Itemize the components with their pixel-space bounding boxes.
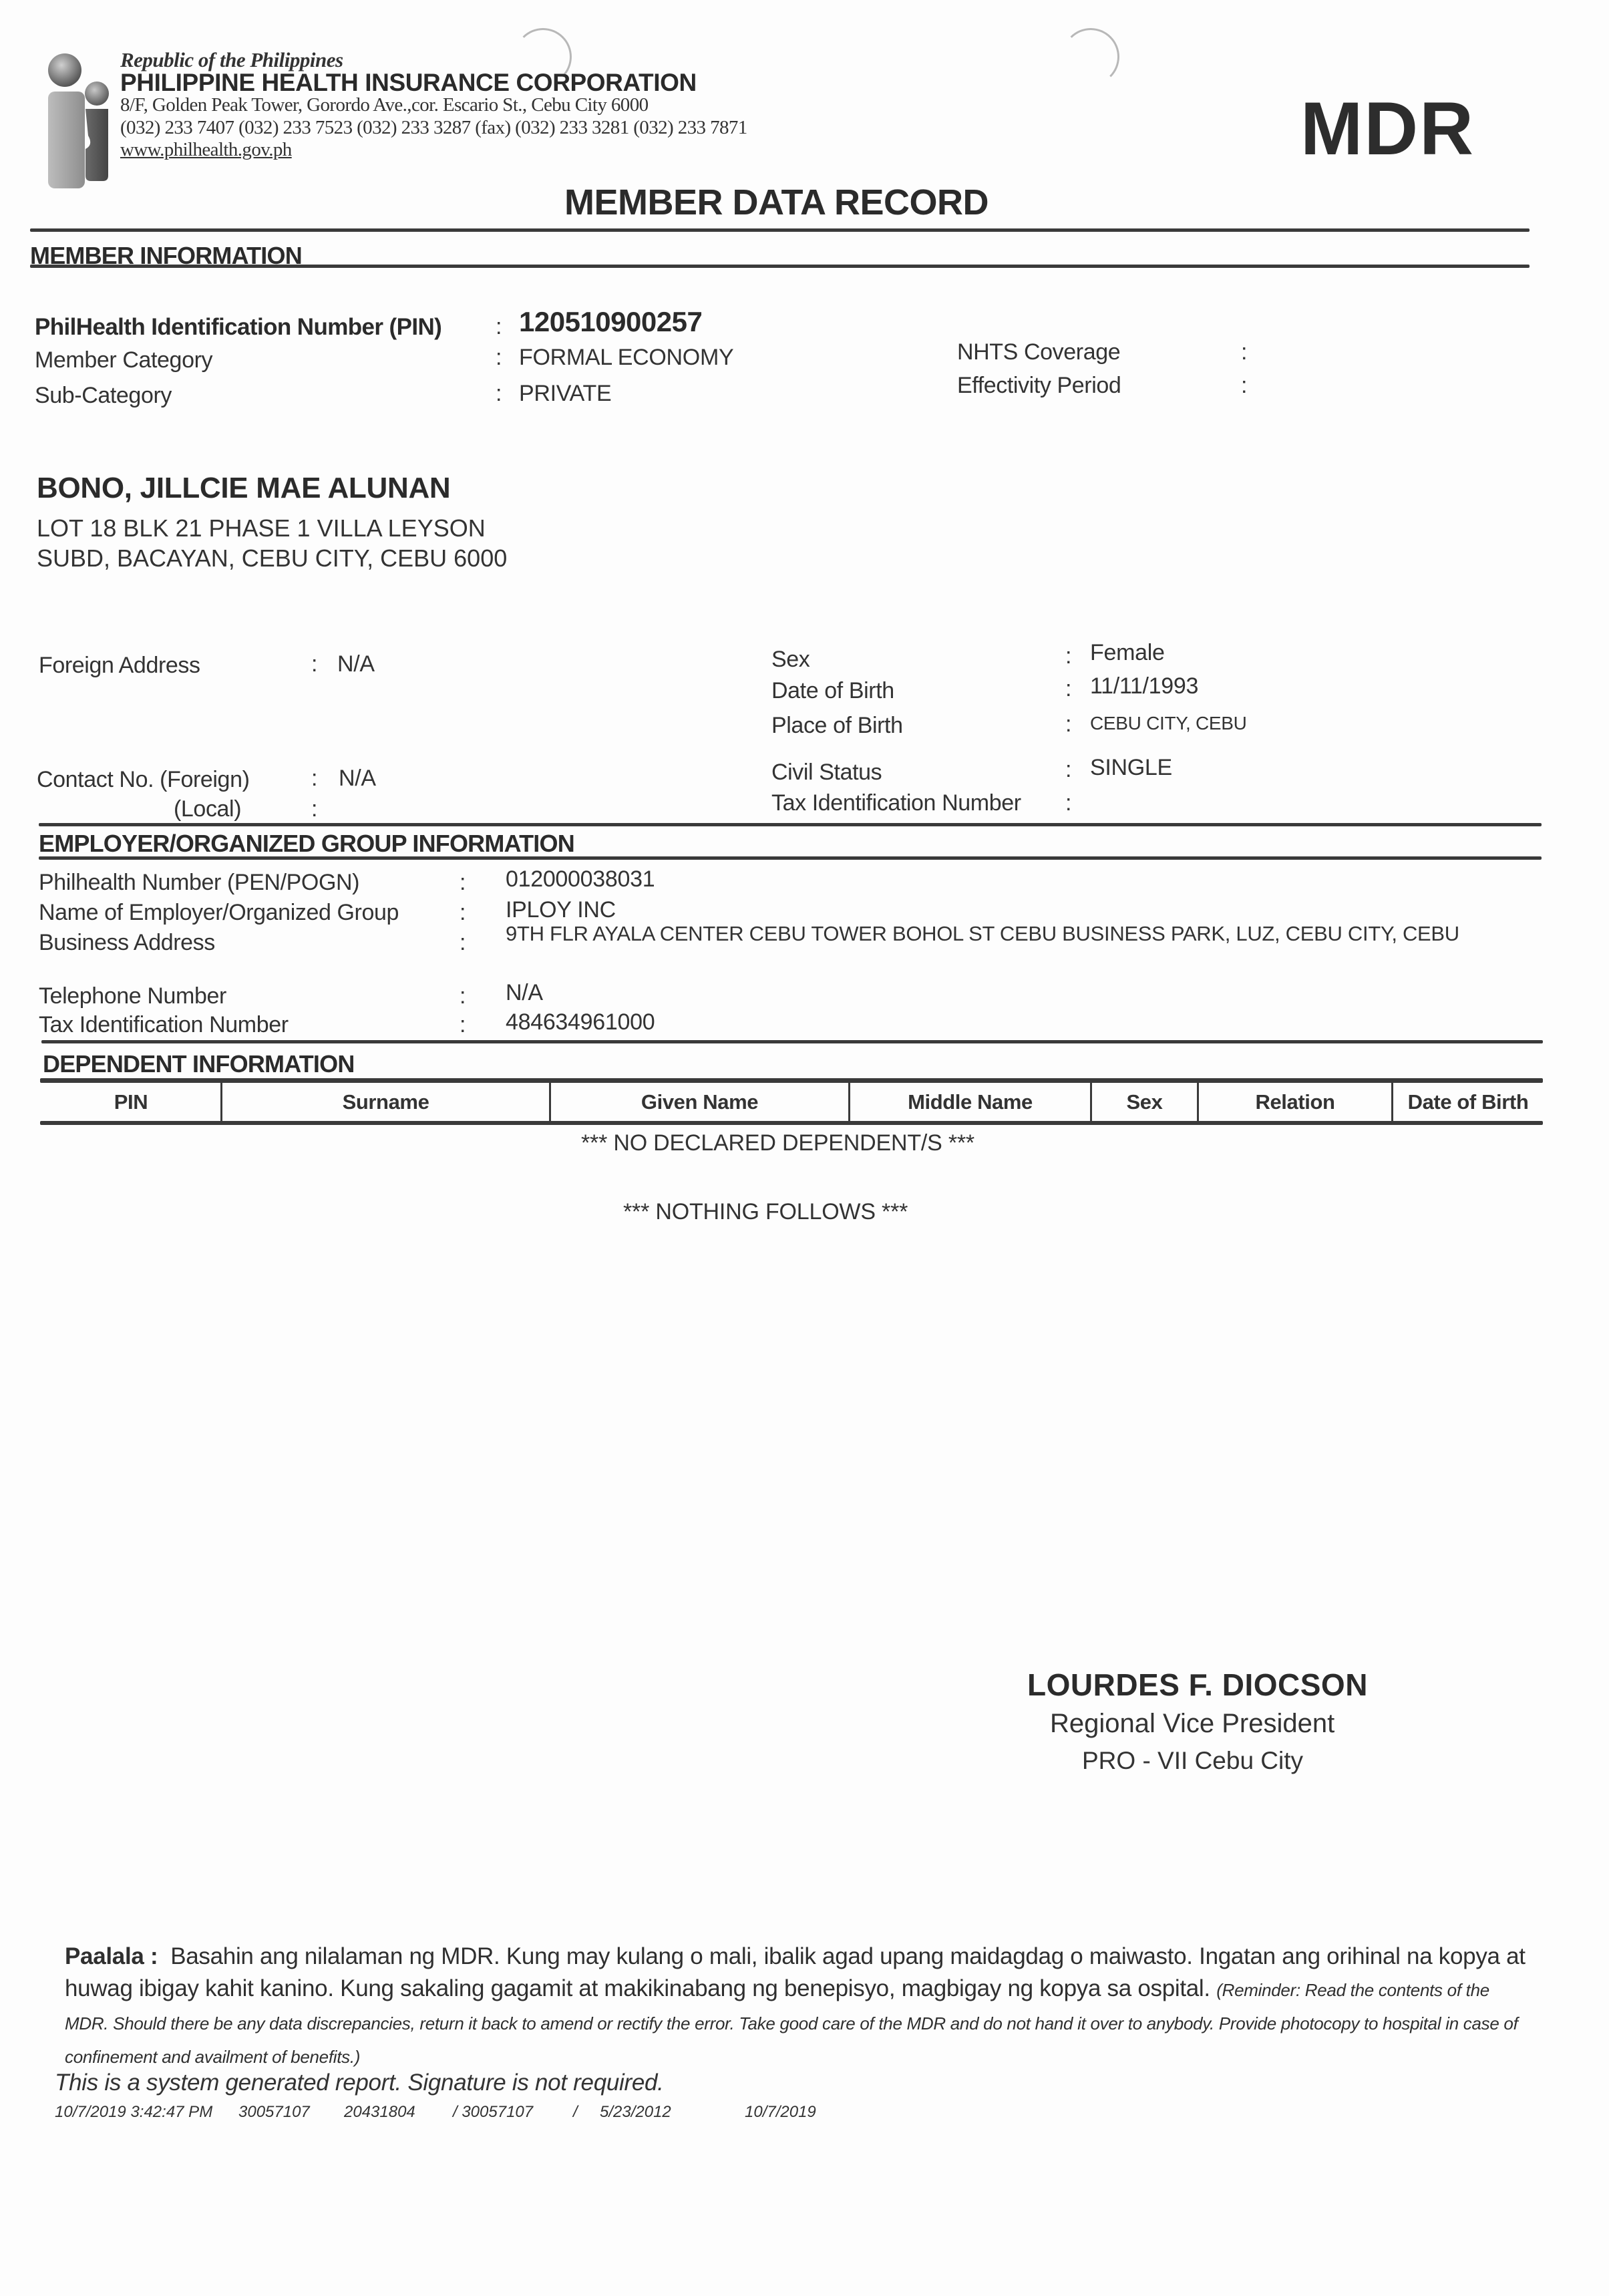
column-divider [1391, 1082, 1393, 1121]
colon: : [460, 1012, 466, 1038]
member-category-value: FORMAL ECONOMY [519, 345, 733, 371]
divider [30, 265, 1530, 268]
business-address-value: 9TH FLR AYALA CENTER CEBU TOWER BOHOL ST… [506, 922, 1459, 946]
pin-value: 120510900257 [519, 306, 702, 338]
colon: : [496, 314, 502, 340]
member-address-line1: LOT 18 BLK 21 PHASE 1 VILLA LEYSON [37, 514, 486, 542]
member-category-label: Member Category [35, 347, 212, 373]
colon: : [1065, 757, 1071, 783]
sub-category-label: Sub-Category [35, 383, 172, 409]
column-header-given-name: Given Name [551, 1090, 848, 1114]
colon: : [1065, 643, 1071, 669]
table-bottom-rule [40, 1121, 1543, 1125]
colon: : [460, 983, 466, 1009]
column-header-date-of-birth: Date of Birth [1393, 1090, 1543, 1114]
signatory-office: PRO - VII Cebu City [1082, 1747, 1303, 1775]
date-of-birth-label: Date of Birth [771, 678, 894, 704]
sex-value: Female [1090, 640, 1165, 666]
company-address: 8/F, Golden Peak Tower, Gorordo Ave.,cor… [120, 94, 649, 116]
colon: : [496, 345, 502, 371]
pin-label: PhilHealth Identification Number (PIN) [35, 314, 441, 341]
column-header-relation: Relation [1199, 1090, 1391, 1114]
company-phones: (032) 233 7407 (032) 233 7523 (032) 233 … [120, 117, 747, 139]
table-top-rule [40, 1078, 1543, 1083]
page-title: MEMBER DATA RECORD [564, 182, 989, 223]
employer-name-value: IPLOY INC [506, 897, 616, 923]
company-website-link[interactable]: www.philhealth.gov.ph [120, 139, 292, 161]
colon: : [1065, 676, 1071, 702]
telephone-value: N/A [506, 980, 543, 1006]
section-heading-dependents: DEPENDENT INFORMATION [43, 1050, 355, 1078]
place-of-birth-value: CEBU CITY, CEBU [1090, 713, 1247, 734]
employer-tin-label: Tax Identification Number [39, 1012, 289, 1038]
effectivity-period-label: Effectivity Period [957, 373, 1121, 399]
contact-local-label: (Local) [174, 796, 241, 822]
column-divider [1197, 1082, 1199, 1121]
colon: : [496, 381, 502, 407]
employer-philhealth-number-value: 012000038031 [506, 866, 655, 892]
sex-label: Sex [771, 647, 810, 673]
signatory-name: LOURDES F. DIOCSON [1027, 1667, 1368, 1703]
column-header-pin: PIN [41, 1090, 220, 1114]
divider [41, 1040, 1543, 1043]
telephone-label: Telephone Number [39, 983, 226, 1009]
colon: : [311, 766, 317, 792]
employer-name-label: Name of Employer/Organized Group [39, 900, 399, 926]
footer-separator: / [573, 2103, 578, 2122]
colon: : [1065, 790, 1071, 816]
nothing-follows-note: *** NOTHING FOLLOWS *** [623, 1199, 908, 1225]
footer-date-2: 10/7/2019 [745, 2103, 816, 2122]
contact-foreign-value: N/A [339, 766, 376, 792]
contact-foreign-label: Contact No. (Foreign) [37, 767, 250, 793]
date-of-birth-value: 11/11/1993 [1090, 673, 1198, 699]
mdr-badge: MDR [1300, 86, 1475, 172]
colon: : [311, 651, 317, 677]
system-generated-note: This is a system generated report. Signa… [55, 2070, 664, 2096]
colon: : [1065, 711, 1071, 737]
punch-hole-mark [1062, 28, 1119, 86]
nhts-coverage-label: NHTS Coverage [957, 339, 1120, 365]
column-divider [1090, 1082, 1092, 1121]
colon: : [311, 796, 317, 822]
footer-ref-1: 30057107 [238, 2103, 310, 2122]
foreign-address-value: N/A [337, 651, 375, 677]
sub-category-value: PRIVATE [519, 381, 611, 407]
colon: : [460, 870, 466, 896]
reminder-block: Paalala : Basahin ang nilalaman ng MDR. … [65, 1941, 1534, 2073]
column-divider [220, 1082, 222, 1121]
column-header-sex: Sex [1092, 1090, 1197, 1114]
footer-date-1: 5/23/2012 [600, 2103, 671, 2122]
member-address-line2: SUBD, BACAYAN, CEBU CITY, CEBU 6000 [37, 544, 507, 572]
employer-tin-value: 484634961000 [506, 1009, 655, 1035]
colon: : [460, 900, 466, 926]
foreign-address-label: Foreign Address [39, 653, 200, 679]
tin-label: Tax Identification Number [771, 790, 1021, 816]
company-name: PHILIPPINE HEALTH INSURANCE CORPORATION [120, 69, 697, 97]
civil-status-value: SINGLE [1090, 755, 1172, 781]
no-dependents-note: *** NO DECLARED DEPENDENT/S *** [581, 1130, 974, 1156]
member-name: BONO, JILLCIE MAE ALUNAN [37, 472, 450, 505]
footer-ref-2: 20431804 [344, 2103, 415, 2122]
divider [30, 228, 1530, 232]
footer-datetime: 10/7/2019 3:42:47 PM [55, 2103, 212, 2122]
colon: : [460, 930, 466, 956]
column-divider [848, 1082, 850, 1121]
column-divider [549, 1082, 551, 1121]
business-address-label: Business Address [39, 930, 215, 956]
divider [39, 823, 1542, 826]
footer-ref-3: / 30057107 [453, 2103, 533, 2122]
signatory-title: Regional Vice President [1050, 1709, 1334, 1739]
divider [39, 856, 1542, 860]
section-heading-employer: EMPLOYER/ORGANIZED GROUP INFORMATION [39, 830, 574, 858]
column-header-middle-name: Middle Name [850, 1090, 1090, 1114]
civil-status-label: Civil Status [771, 760, 882, 786]
colon: : [1241, 373, 1247, 399]
place-of-birth-label: Place of Birth [771, 713, 903, 739]
reminder-label: Paalala : [65, 1943, 158, 1969]
column-header-surname: Surname [222, 1090, 549, 1114]
philhealth-logo-icon [40, 50, 114, 190]
employer-philhealth-number-label: Philhealth Number (PEN/POGN) [39, 870, 359, 896]
colon: : [1241, 339, 1247, 365]
